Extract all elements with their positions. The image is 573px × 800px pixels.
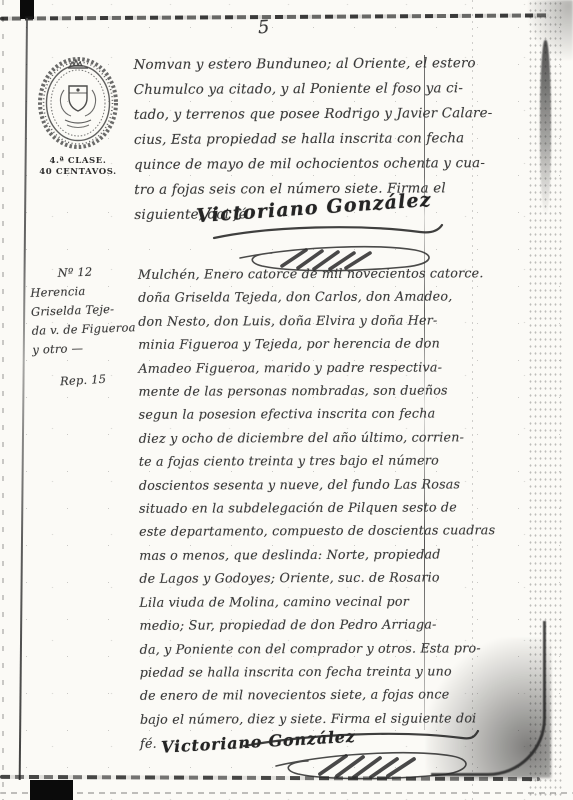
notary-signature: Victoriano González	[161, 725, 357, 759]
document-line: doscientos sesenta y nueve, del fundo La…	[139, 472, 495, 497]
page-number: 5	[257, 17, 270, 39]
document-line: Mulchén, Enero catorce de mil noveciento…	[138, 261, 494, 286]
document-line: este departamento, compuesto de doscient…	[139, 519, 495, 544]
document-line: medio; Sur, propiedad de don Pedro Arria…	[139, 612, 495, 637]
left-fold-line	[19, 18, 28, 780]
document-line: de enero de mil novecientos siete, a foj…	[140, 683, 496, 708]
document-line: de Lagos y Godoyes; Oriente, suc. de Ros…	[139, 566, 495, 591]
closing-word: fé.	[140, 736, 157, 751]
document-line: diez y ocho de diciembre del año último,…	[139, 425, 495, 450]
document-line: Chumulco ya citado, y al Poniente el fos…	[134, 76, 493, 103]
scanned-register-page: 5	[0, 0, 573, 800]
binding-streak	[540, 40, 551, 215]
left-edge-perforation-marks	[2, 0, 4, 800]
margin-line: y otro —	[32, 337, 137, 360]
document-line: tado, y terrenos que posee Rodrigo y Jav…	[134, 101, 493, 128]
document-line: piedad se halla inscrita con fecha trein…	[140, 659, 496, 684]
revenue-stamp: 4.ª CLASE. 40 CENTAVOS.	[33, 56, 123, 178]
document-line: situado en la subdelegación de Pilquen s…	[139, 495, 495, 520]
document-line: quince de mayo de mil ochocientos ochent…	[134, 151, 493, 178]
margin-annotation: Nº 12 Herencia Griselda Teje- da v. de F…	[29, 261, 136, 360]
document-line: minia Figueroa y Tejeda, por herencia de…	[138, 331, 494, 356]
entry-12-text: Mulchén, Enero catorce de mil noveciento…	[138, 261, 496, 755]
stamp-class-label: 4.ª CLASE.	[33, 156, 123, 167]
document-line: da, y Poniente con del comprador y otros…	[140, 636, 496, 661]
document-line: doña Griselda Tejeda, don Carlos, don Am…	[138, 285, 494, 310]
document-line: Amadeo Figueroa, marido y padre respecti…	[138, 355, 494, 380]
document-closing-line: fé. Victoriano González	[140, 729, 496, 755]
bottom-faint-scan-line	[0, 792, 573, 794]
stamp-value-label: 40 CENTAVOS.	[33, 167, 123, 178]
document-line: Lila viuda de Molina, camino vecinal por	[139, 589, 495, 614]
document-line: te a fojas ciento treinta y tres bajo el…	[139, 448, 495, 473]
scan-artifact-bottom-left	[30, 780, 73, 800]
coat-of-arms-seal-icon	[34, 56, 122, 150]
document-line: segun la posesion efectiva inscrita con …	[139, 402, 495, 427]
document-line: mas o menos, que deslinda: Norte, propie…	[139, 542, 495, 567]
document-line: don Nesto, don Luis, doña Elvira y doña …	[138, 308, 494, 333]
repertory-note: Rep. 15	[60, 372, 107, 388]
corner-smudge-top-right	[528, 0, 573, 60]
document-line: cius, Esta propiedad se halla inscrita c…	[134, 126, 493, 153]
notary-signature-block: Victoriano González	[196, 197, 466, 267]
document-line: mente de las personas nombradas, son due…	[138, 378, 494, 403]
top-edge-scan-line	[0, 13, 549, 20]
margin-line: da v. de Figueroa	[31, 318, 136, 341]
document-line: Nomvan y estero Bunduneo; al Oriente, el…	[134, 51, 493, 78]
